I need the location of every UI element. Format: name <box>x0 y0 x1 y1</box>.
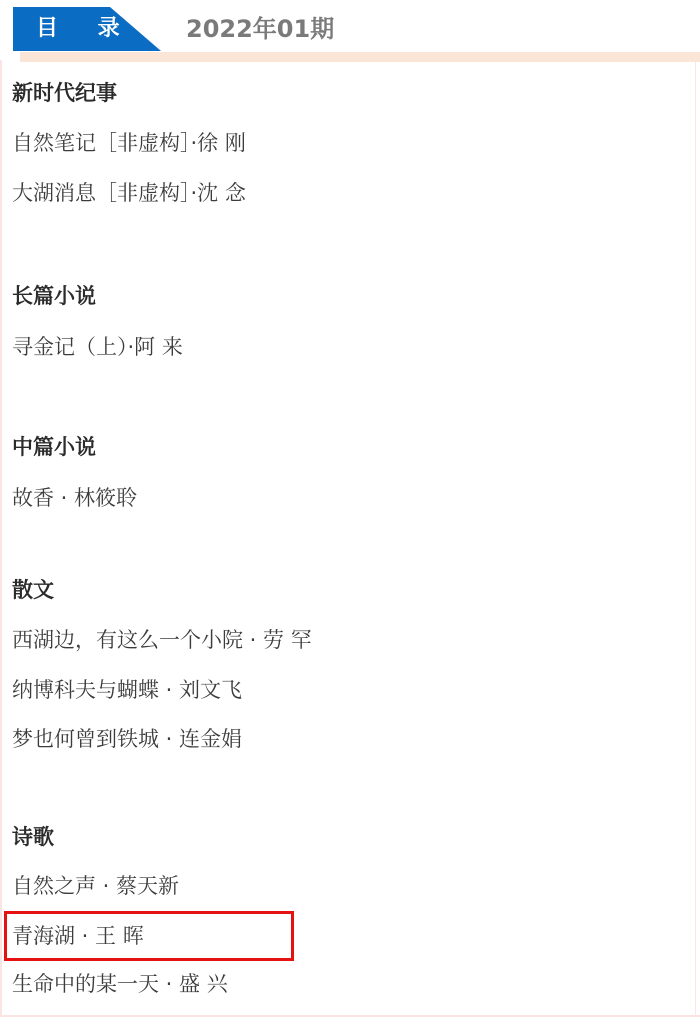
highlight-box <box>4 911 294 961</box>
section-title: 散文 <box>12 575 54 605</box>
toc-item[interactable]: 西湖边，有这么一个小院 · 劳 罕 <box>12 625 312 655</box>
toc-item[interactable]: 自然之声 · 蔡天新 <box>12 871 179 901</box>
toc-item[interactable]: 大湖消息［非虚构］·沈 念 <box>12 178 246 208</box>
section-title: 新时代纪事 <box>12 78 117 108</box>
toc-item[interactable]: 梦也何曾到铁城 · 连金娟 <box>12 724 242 754</box>
toc-item[interactable]: 自然笔记［非虚构］·徐 刚 <box>12 128 246 158</box>
toc-tab-label: 目 录 <box>36 12 136 46</box>
issue-title: 2022年01期 <box>186 12 334 46</box>
section-title: 中篇小说 <box>12 432 96 462</box>
left-border <box>0 60 2 1017</box>
right-border <box>695 60 696 1015</box>
toc-item[interactable]: 故香 · 林筱聆 <box>12 483 137 513</box>
toc-item[interactable]: 纳博科夫与蝴蝶 · 刘文飞 <box>12 675 242 705</box>
section-title: 诗歌 <box>12 822 54 852</box>
toc-item[interactable]: 寻金记（上）·阿 来 <box>12 332 183 362</box>
toc-header: 目 录 2022年01期 <box>0 0 700 64</box>
section-title: 长篇小说 <box>12 281 96 311</box>
toc-item[interactable]: 生命中的某一天 · 盛 兴 <box>12 969 228 999</box>
header-underline-bar <box>20 52 700 62</box>
